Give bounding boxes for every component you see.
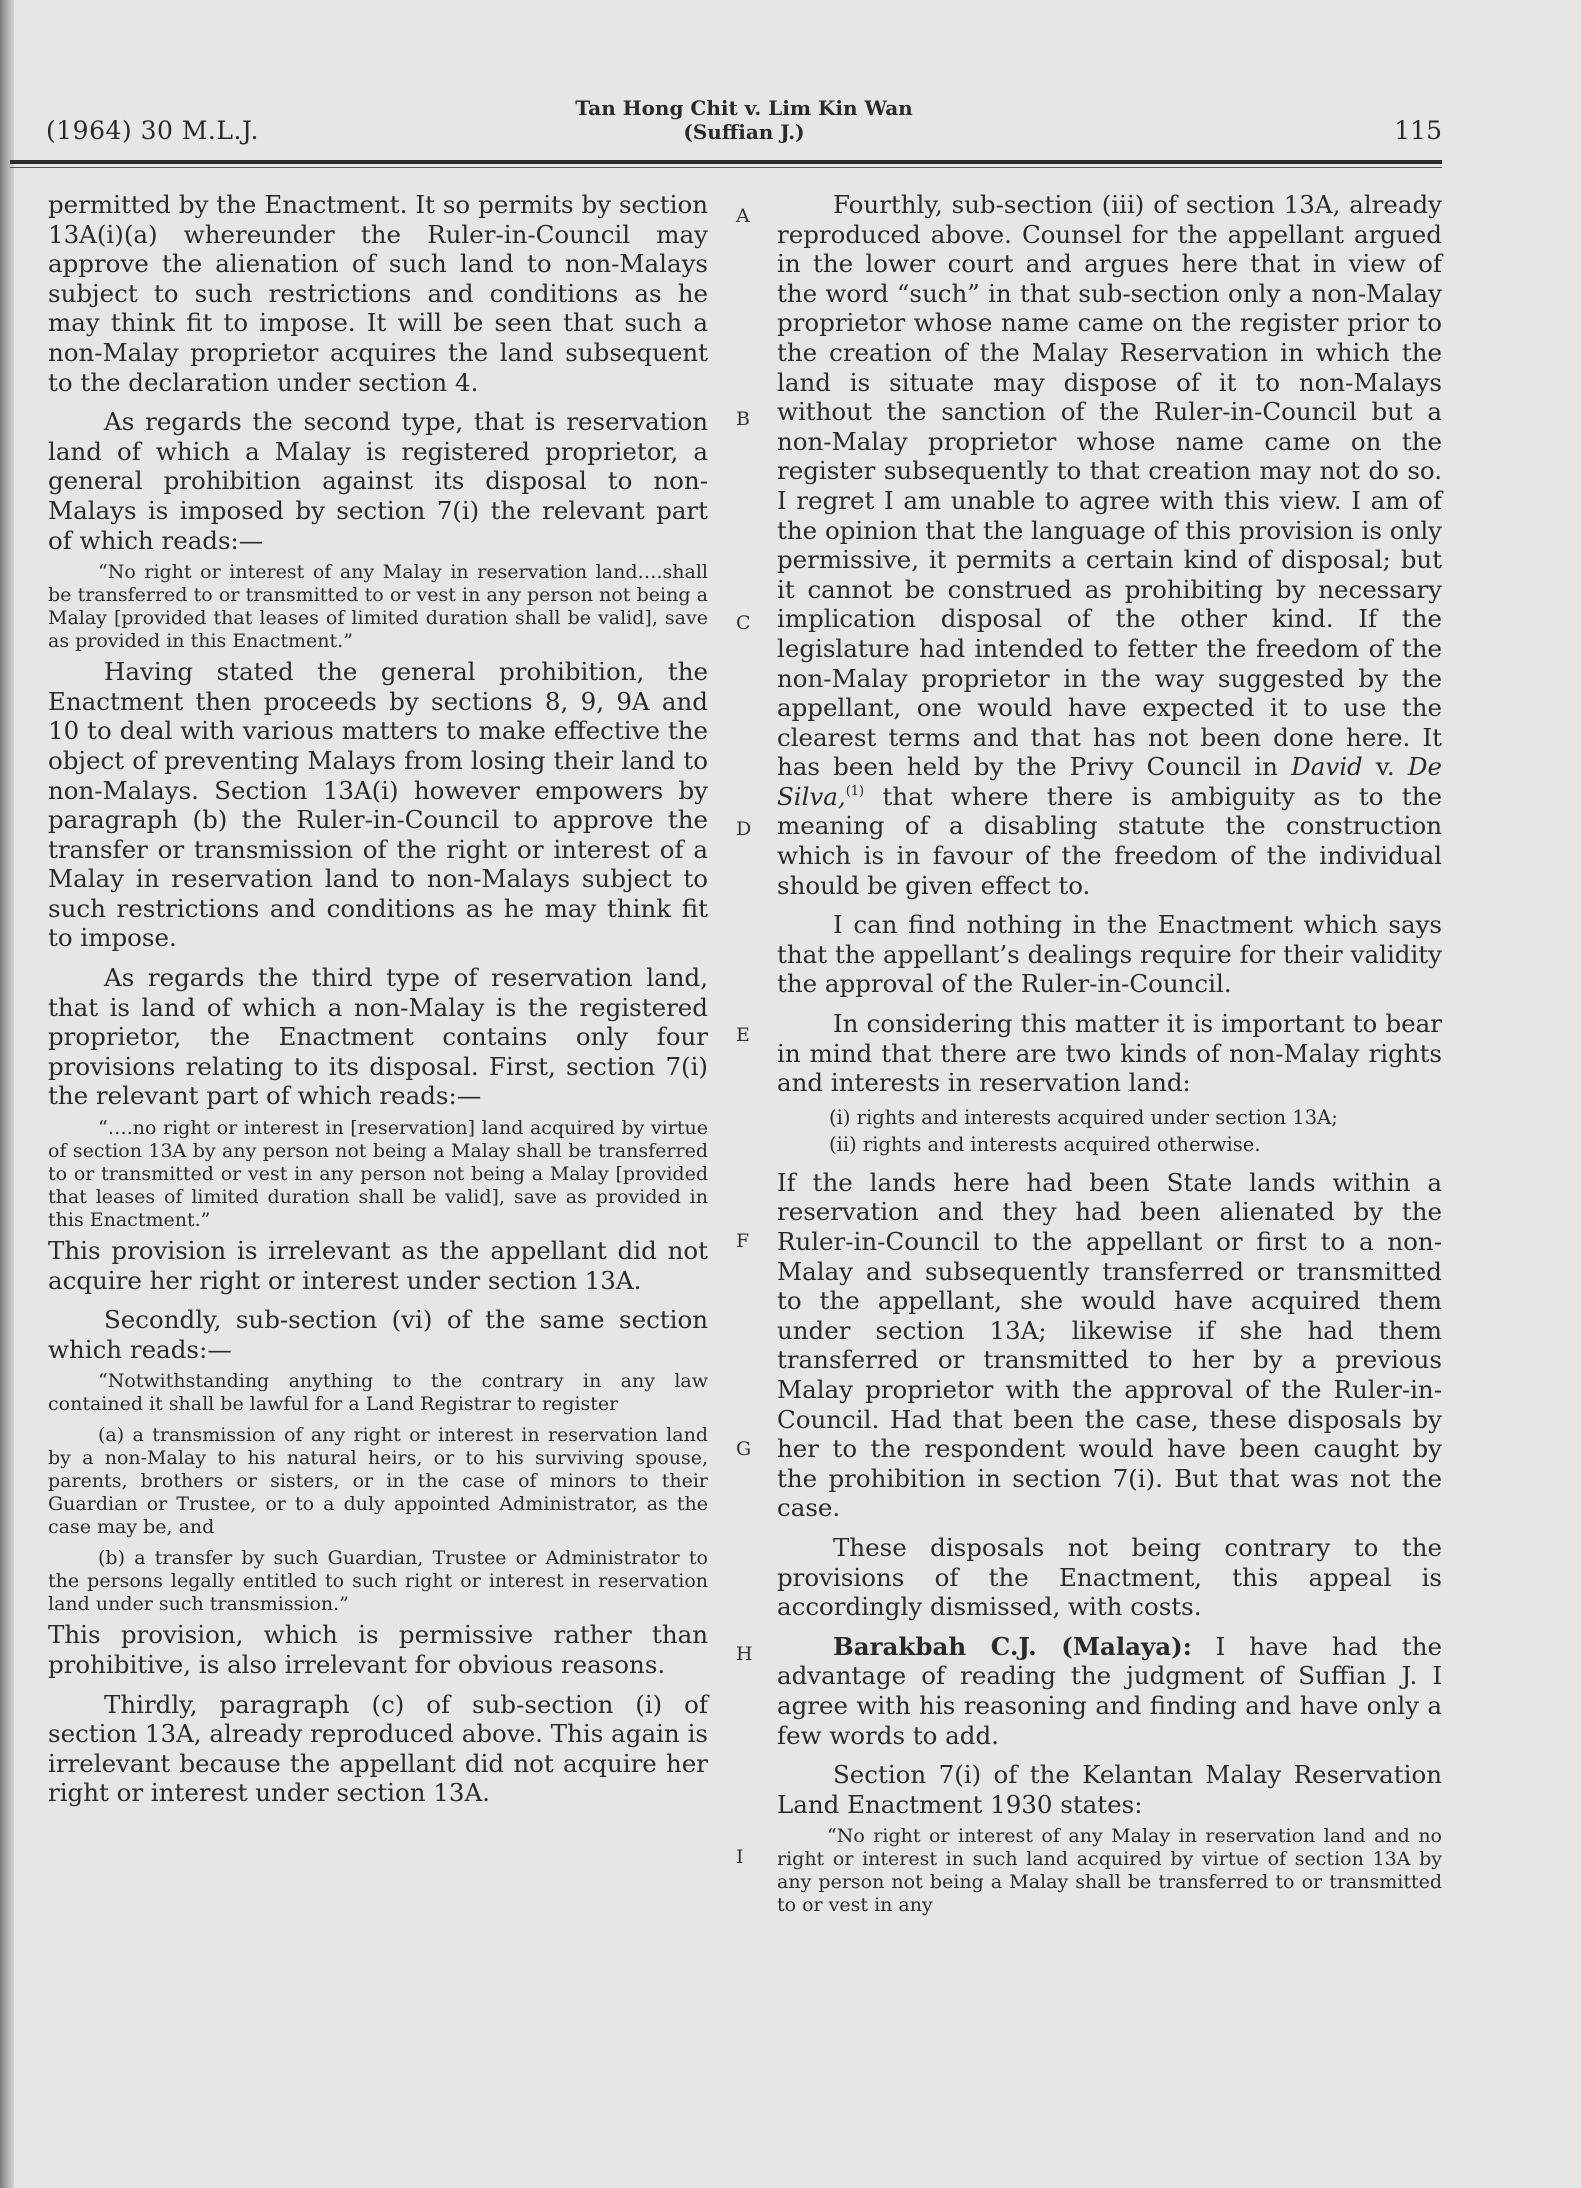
- margin-letter-e: E: [736, 1024, 750, 1046]
- speaker-name: Barakbah C.J. (Malaya):: [833, 1632, 1192, 1661]
- paragraph-text: Fourthly, sub-section (iii) of section 1…: [777, 190, 1442, 781]
- paragraph: As regards the third type of reservation…: [48, 963, 708, 1111]
- quotation: “No right or interest of any Malay in re…: [777, 1825, 1442, 1917]
- case-versus: v.: [1363, 752, 1408, 781]
- case-title: Tan Hong Chit v. Lim Kin Wan: [46, 96, 1442, 120]
- case-name-party-a: David: [1291, 752, 1363, 781]
- margin-letter-f: F: [736, 1230, 749, 1252]
- paragraph: Section 7(i) of the Kelantan Malay Reser…: [777, 1760, 1442, 1819]
- quotation: “Notwithstanding anything to the contrar…: [48, 1370, 708, 1416]
- margin-letter-h: H: [736, 1643, 753, 1665]
- paragraph: Barakbah C.J. (Malaya): I have had the a…: [777, 1632, 1442, 1750]
- margin-letter-i: I: [736, 1846, 744, 1868]
- margin-letter-a: A: [736, 205, 750, 227]
- paragraph: permitted by the Enactment. It so permit…: [48, 190, 708, 397]
- quotation: “….no right or interest in [reservation]…: [48, 1117, 708, 1232]
- margin-letter-c: C: [736, 612, 751, 634]
- paragraph: These disposals not being contrary to th…: [777, 1533, 1442, 1622]
- paragraph: In considering this matter it is importa…: [777, 1009, 1442, 1098]
- paragraph: Fourthly, sub-section (iii) of section 1…: [777, 190, 1442, 900]
- quotation-item-a: (a) a transmission of any right or inter…: [48, 1424, 708, 1539]
- paragraph: This provision is irrelevant as the appe…: [48, 1236, 708, 1295]
- judge-name: (Suffian J.): [46, 120, 1442, 144]
- margin-letter-g: G: [736, 1438, 751, 1460]
- paragraph: I can find nothing in the Enactment whic…: [777, 910, 1442, 999]
- left-column: permitted by the Enactment. It so permit…: [48, 190, 708, 1808]
- header-rule-thick: [10, 160, 1442, 164]
- paragraph: As regards the second type, that is rese…: [48, 407, 708, 555]
- list-item: (i) rights and interests acquired under …: [777, 1104, 1442, 1131]
- header-rule-thin: [10, 167, 1442, 168]
- margin-letter-b: B: [736, 408, 750, 430]
- quotation: “No right or interest of any Malay in re…: [48, 561, 708, 653]
- paragraph: This provision, which is permissive rath…: [48, 1620, 708, 1679]
- list-item: (ii) rights and interests acquired other…: [777, 1131, 1442, 1158]
- running-title: Tan Hong Chit v. Lim Kin Wan (Suffian J.…: [46, 96, 1442, 144]
- paragraph: If the lands here had been State lands w…: [777, 1168, 1442, 1523]
- page-number: 115: [1394, 116, 1442, 145]
- quotation-item-b: (b) a transfer by such Guardian, Trustee…: [48, 1547, 708, 1616]
- book-binding-shadow: [0, 0, 14, 2188]
- paragraph-text: that where there is ambiguity as to the …: [777, 782, 1442, 900]
- footnote-ref: (1): [846, 784, 864, 799]
- margin-letter-d: D: [736, 818, 751, 840]
- paragraph: Thirdly, paragraph (c) of sub-section (i…: [48, 1690, 708, 1808]
- page-header: (1964) 30 M.L.J. Tan Hong Chit v. Lim Ki…: [46, 96, 1442, 166]
- paragraph: Having stated the general prohibition, t…: [48, 657, 708, 953]
- paragraph: Secondly, sub-section (vi) of the same s…: [48, 1305, 708, 1364]
- right-column: Fourthly, sub-section (iii) of section 1…: [777, 190, 1442, 1921]
